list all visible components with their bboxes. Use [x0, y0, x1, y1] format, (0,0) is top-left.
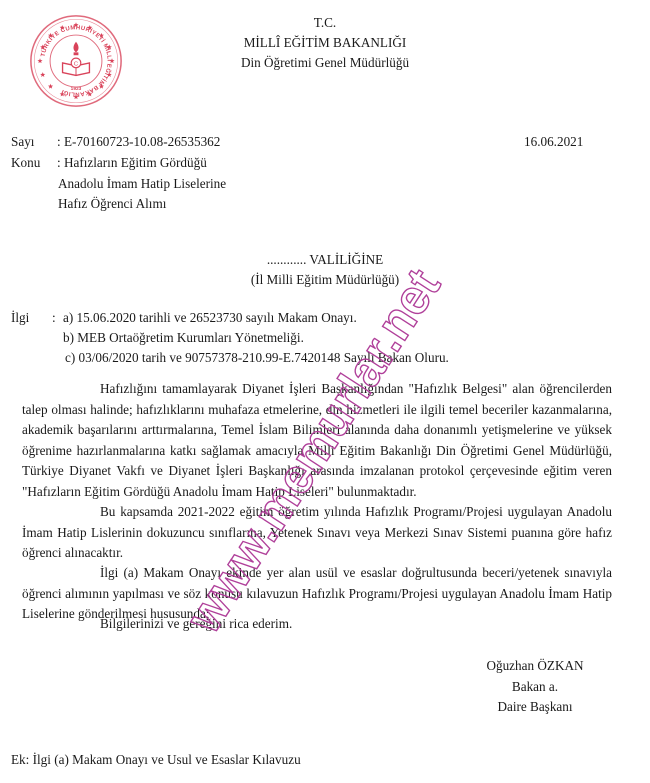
recipient-line-1: ............ VALİLİĞİNE	[200, 252, 450, 268]
body-paragraph-4: Bilgilerinizi ve gereğini rica ederim.	[22, 614, 612, 635]
document-date: 16.06.2021	[524, 134, 583, 150]
sayi-label: Sayı	[11, 134, 34, 150]
signatory-name: Oğuzhan ÖZKAN	[470, 656, 600, 677]
body-paragraph-1: Hafızlığını tamamlayarak Diyanet İşleri …	[22, 379, 612, 502]
ilgi-item-b: b) MEB Ortaöğretim Kurumları Yönetmeliği…	[63, 330, 304, 346]
svg-text:C: C	[74, 61, 78, 67]
signatory-title-1: Bakan a.	[470, 677, 600, 698]
seal-year: 1923	[71, 86, 82, 92]
konu-label: Konu	[11, 155, 40, 171]
header-tc: T.C.	[210, 13, 440, 33]
ilgi-item-c: c) 03/06/2020 tarih ve 90757378-210.99-E…	[65, 350, 449, 366]
ilgi-label: İlgi	[11, 310, 29, 326]
signatory-title-2: Daire Başkanı	[470, 697, 600, 718]
body-paragraph-2: Bu kapsamda 2021-2022 eğitim öğretim yıl…	[22, 502, 612, 564]
ministry-seal-icon: TÜRKİYE CUMHURİYETİ MİLLİ EĞİTİM BAKANLI…	[28, 13, 124, 109]
recipient-line-2: (İl Milli Eğitim Müdürlüğü)	[200, 272, 450, 288]
signature-block: Oğuzhan ÖZKAN Bakan a. Daire Başkanı	[470, 656, 600, 718]
header-directorate: Din Öğretimi Genel Müdürlüğü	[210, 53, 440, 73]
header-ministry: MİLLÎ EĞİTİM BAKANLIĞI	[210, 33, 440, 53]
ilgi-colon: :	[52, 310, 56, 326]
konu-line-3: Hafız Öğrenci Alımı	[58, 196, 166, 212]
konu-line-1: : Hafızların Eğitim Gördüğü	[57, 155, 207, 171]
sayi-value: : E-70160723-10.08-26535362	[57, 134, 220, 150]
konu-line-2: Anadolu İmam Hatip Liselerine	[58, 176, 226, 192]
letterhead: T.C. MİLLÎ EĞİTİM BAKANLIĞI Din Öğretimi…	[210, 13, 440, 73]
attachment-note: Ek: İlgi (a) Makam Onayı ve Usul ve Esas…	[11, 752, 301, 768]
ilgi-item-a: a) 15.06.2020 tarihli ve 26523730 sayılı…	[63, 310, 357, 326]
